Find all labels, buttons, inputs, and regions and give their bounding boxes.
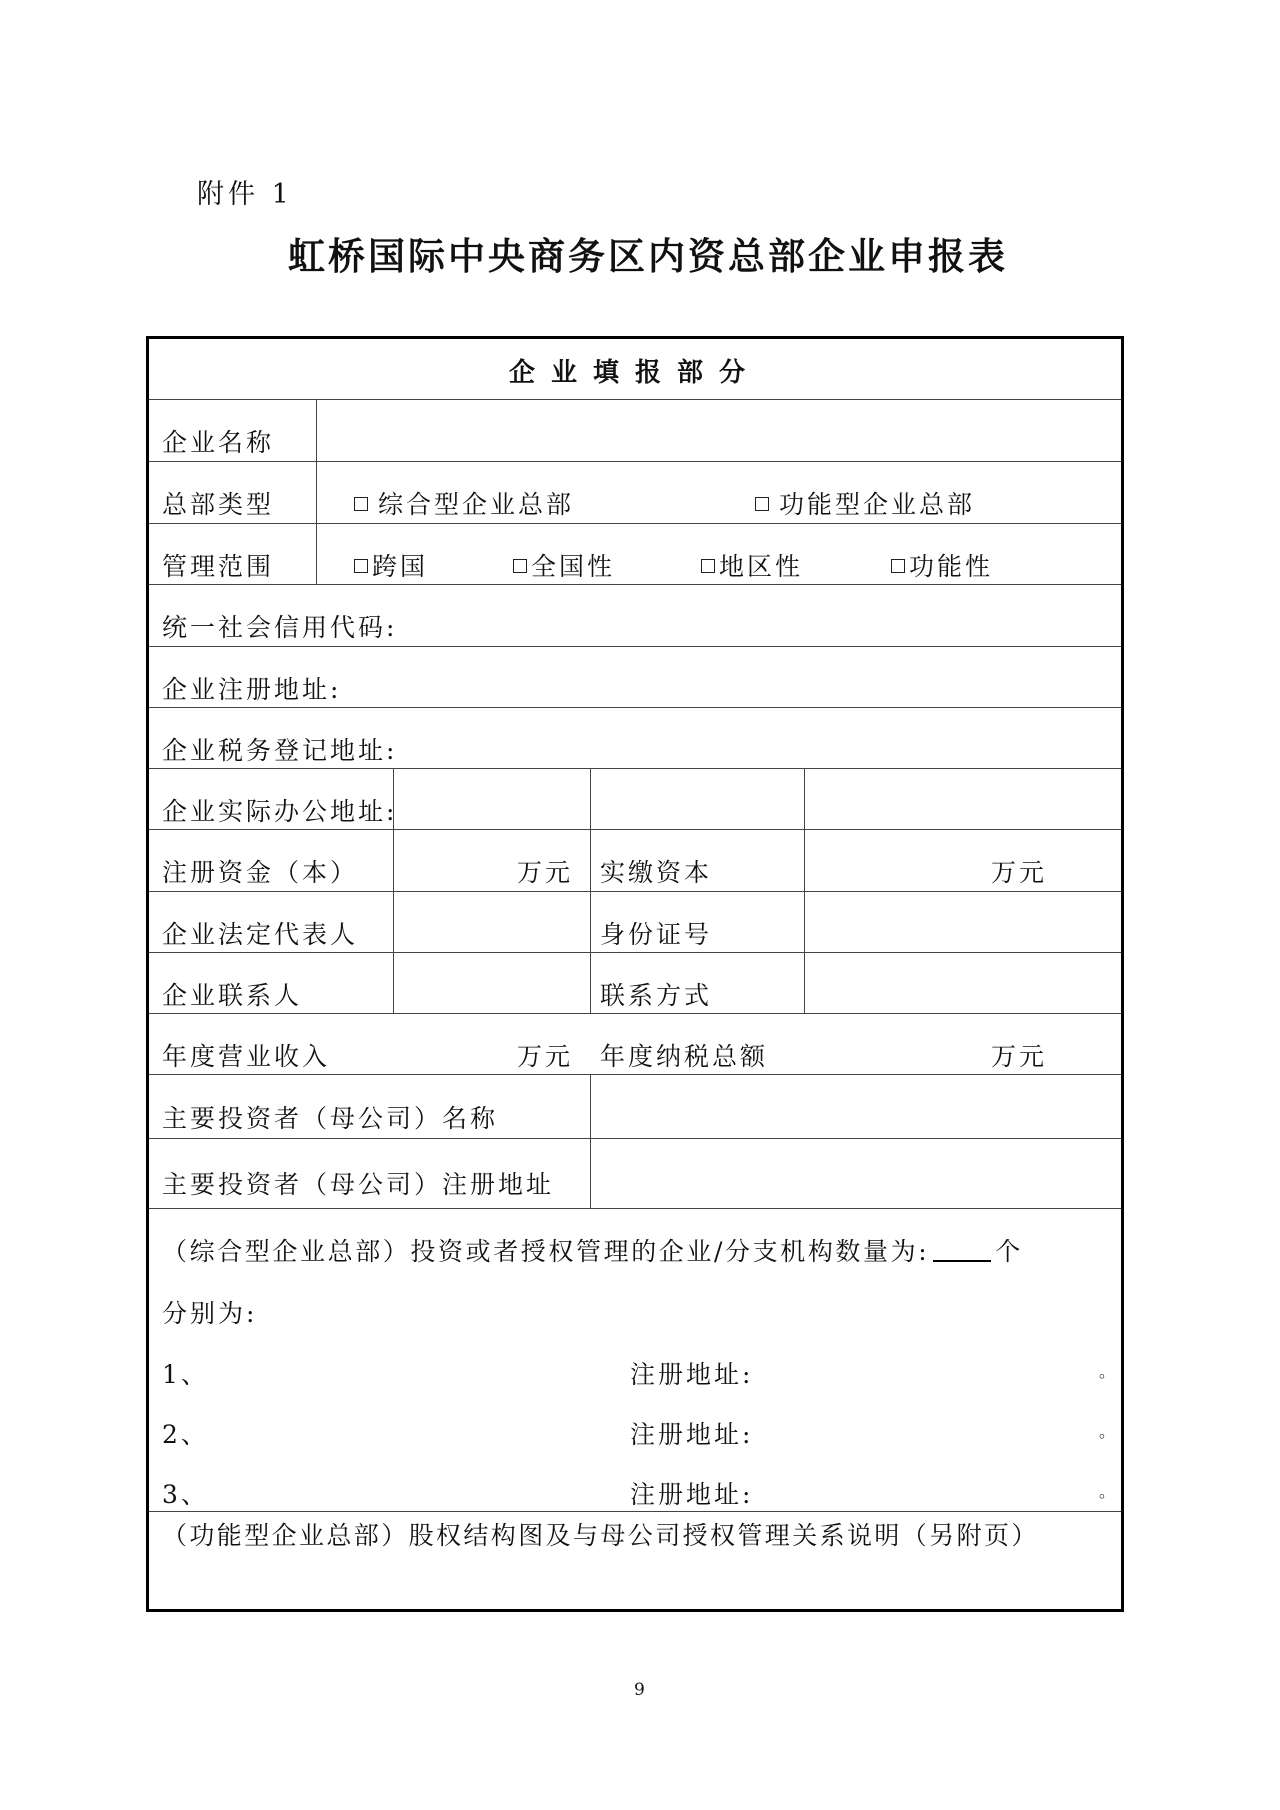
branch-end-1: 。 xyxy=(1099,1359,1118,1382)
branch-count-field[interactable] xyxy=(933,1238,991,1262)
branch-end-3: 。 xyxy=(1099,1479,1118,1502)
registered-address-field[interactable]: 企业注册地址: xyxy=(162,670,341,706)
contact-person-field[interactable] xyxy=(395,954,588,1011)
investor-name-label: 主要投资者（母公司）名称 xyxy=(162,1099,498,1135)
branch-address-label-3: 注册地址: xyxy=(630,1475,753,1511)
scope-option-functional[interactable]: 功能性 xyxy=(891,547,993,583)
hq-type-option-functional[interactable]: 功能型企业总部 xyxy=(755,485,975,521)
tax-address-field[interactable]: 企业税务登记地址: xyxy=(162,731,397,767)
investor-name-field[interactable] xyxy=(592,1076,1119,1136)
management-scope-label: 管理范围 xyxy=(162,547,274,583)
branch-address-label-2: 注册地址: xyxy=(630,1415,753,1451)
contact-info-field[interactable] xyxy=(806,954,1119,1011)
legal-rep-field[interactable] xyxy=(395,893,588,950)
contact-info-label: 联系方式 xyxy=(600,976,712,1012)
checkbox-icon[interactable] xyxy=(354,497,368,511)
checkbox-icon[interactable] xyxy=(891,559,905,573)
composite-intro: （综合型企业总部）投资或者授权管理的企业/分支机构数量为:个 xyxy=(162,1232,1023,1268)
attachment-label: 附件 1 xyxy=(197,172,293,211)
respectively-label: 分别为: xyxy=(162,1294,257,1330)
investor-address-label: 主要投资者（母公司）注册地址 xyxy=(162,1165,554,1201)
id-number-field[interactable] xyxy=(806,893,1119,950)
annual-tax-label: 年度纳税总额 xyxy=(600,1037,768,1073)
contact-person-label: 企业联系人 xyxy=(162,976,302,1012)
branch-index-3: 3、 xyxy=(162,1475,209,1511)
id-number-label: 身份证号 xyxy=(600,915,712,951)
checkbox-icon[interactable] xyxy=(354,559,368,573)
annual-tax-unit: 万元 xyxy=(991,1037,1047,1073)
hq-type-label: 总部类型 xyxy=(162,485,274,521)
office-address-field[interactable]: 企业实际办公地址: xyxy=(162,792,397,828)
investor-address-field[interactable] xyxy=(592,1140,1119,1206)
section-title: 企业填报部分 xyxy=(149,339,1121,402)
checkbox-icon[interactable] xyxy=(701,559,715,573)
paid-in-capital-unit: 万元 xyxy=(991,853,1047,889)
hq-type-option-composite[interactable]: 综合型企业总部 xyxy=(354,485,574,521)
application-form-table: 企业填报部分 企业名称 总部类型 综合型企业总部 功能型企业总部 管理范围 跨国… xyxy=(146,336,1124,1612)
page-number: 9 xyxy=(634,1680,645,1700)
functional-note-area[interactable] xyxy=(151,1554,1117,1604)
annual-revenue-label: 年度营业收入 xyxy=(162,1037,330,1073)
scope-option-regional[interactable]: 地区性 xyxy=(701,547,803,583)
branch-end-2: 。 xyxy=(1099,1419,1118,1442)
branch-index-1: 1、 xyxy=(162,1355,209,1391)
paid-in-capital-label: 实缴资本 xyxy=(600,853,712,889)
scope-option-national[interactable]: 全国性 xyxy=(513,547,615,583)
company-name-label: 企业名称 xyxy=(162,423,274,459)
registered-capital-unit: 万元 xyxy=(517,853,573,889)
branch-index-2: 2、 xyxy=(162,1415,209,1451)
registered-capital-label: 注册资金（本） xyxy=(162,853,358,889)
page-title: 虹桥国际中央商务区内资总部企业申报表 xyxy=(288,226,1008,280)
legal-rep-label: 企业法定代表人 xyxy=(162,915,358,951)
checkbox-icon[interactable] xyxy=(513,559,527,573)
credit-code-field[interactable]: 统一社会信用代码: xyxy=(162,608,397,644)
functional-note: （功能型企业总部）股权结构图及与母公司授权管理关系说明（另附页） xyxy=(162,1516,1039,1552)
branch-address-label-1: 注册地址: xyxy=(630,1355,753,1391)
company-name-field[interactable] xyxy=(319,401,1119,459)
annual-revenue-unit: 万元 xyxy=(517,1037,573,1073)
scope-option-multinational[interactable]: 跨国 xyxy=(354,547,428,583)
checkbox-icon[interactable] xyxy=(755,497,769,511)
